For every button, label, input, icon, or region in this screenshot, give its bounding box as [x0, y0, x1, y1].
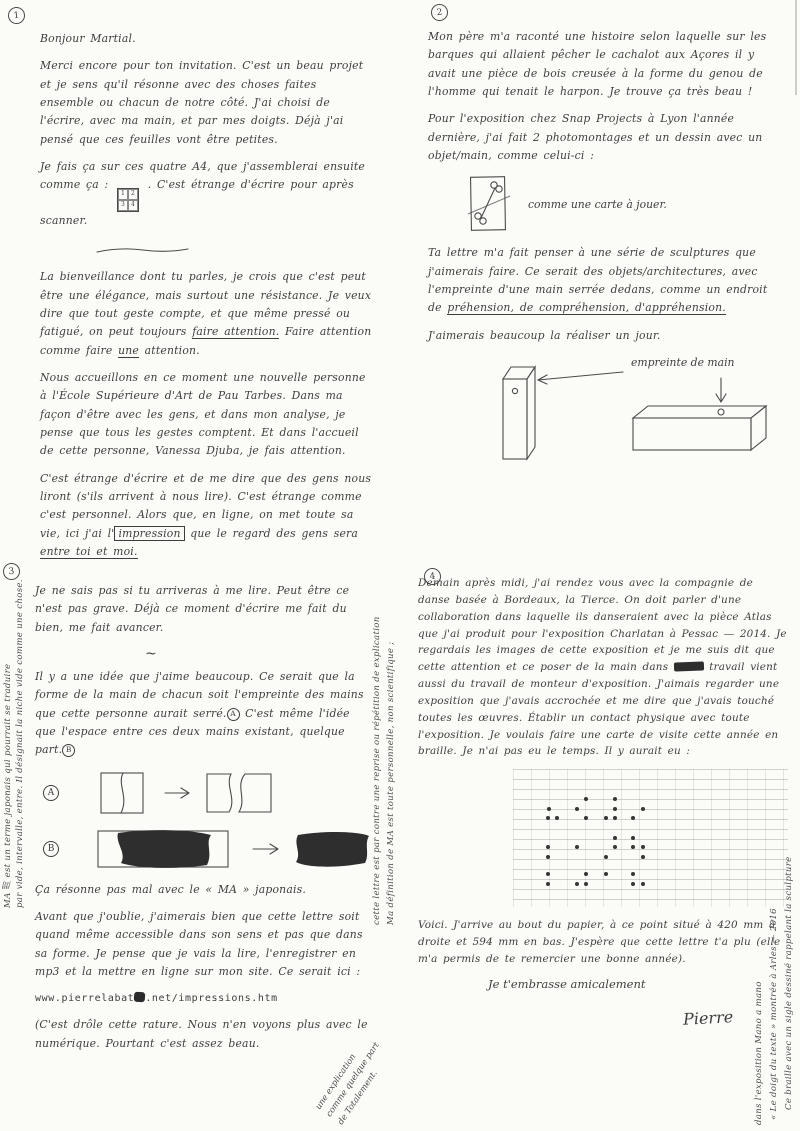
greeting: Bonjour Martial.	[40, 30, 372, 48]
scanned-letter: { "scan": { "ink_color": "#3e3e3e", "pap…	[0, 0, 800, 1131]
reference-a-inline: A	[227, 708, 240, 721]
margin-note-braille-2: « Le doigt du texte » montrée à Arles — …	[769, 835, 779, 1120]
bone-card-sketch	[468, 174, 510, 234]
diagram-b-label: B	[43, 841, 59, 857]
grid-cell: 4	[128, 200, 138, 211]
margin-note-left-1: MA 間 est un terme japonais qui pourrait …	[2, 618, 14, 908]
underlined-text: préhension, de compréhension, d'appréhen…	[447, 301, 726, 315]
ink-blot-rature	[134, 992, 146, 1003]
paragraph: C'est étrange d'écrire et de me dire que…	[40, 470, 372, 562]
text-run: attention.	[139, 344, 200, 357]
url-part: .net/impressions.htm	[145, 993, 277, 1004]
crossed-out-word	[674, 662, 704, 672]
paragraph: Il y a une idée que j'aime beaucoup. Ce …	[35, 668, 375, 760]
paragraph: J'aimerais beaucoup la réaliser un jour.	[428, 327, 778, 345]
letter-page-4: Demain après midi, j'ai rendez vous avec…	[418, 575, 790, 1042]
margin-note-braille-3: dans l'exposition Mano a mano	[754, 950, 764, 1125]
page1-number-badge: 1	[7, 6, 26, 25]
boxed-word: impression	[114, 526, 184, 541]
website-url: www.pierrelabat.net/impressions.htm	[35, 990, 375, 1007]
paragraph: Pour l'exposition chez Snap Projects à L…	[428, 110, 778, 165]
paragraph: Ta lettre m'a fait penser à une série de…	[428, 244, 778, 317]
a4-assembly-sketch: 1 2 3 4	[117, 188, 139, 212]
paragraph: Je fais ça sur ces quatre A4, que j'asse…	[40, 158, 372, 230]
diagram-b-row: B	[43, 827, 375, 871]
margin-note-braille-1: Ce braille avec un sigle dessiné rappela…	[784, 690, 794, 1110]
diagram-a-row: A	[43, 769, 375, 817]
page2-number-badge: 2	[430, 3, 449, 22]
bone-card-figure: comme une carte à jouer.	[468, 174, 778, 234]
paragraph: Demain après midi, j'ai rendez vous avec…	[418, 575, 790, 760]
hand-imprint-blocks-figure: empreinte de main	[483, 354, 778, 482]
grid-cell: 3	[118, 200, 128, 211]
underlined-text: une	[118, 344, 139, 358]
paragraph: La bienveillance dont tu parles, je croi…	[40, 268, 372, 360]
paragraph: Voici. J'arrive au bout du papier, à ce …	[418, 917, 790, 968]
grid-cell: 1	[118, 189, 128, 200]
margin-note-right-1: Ma définition de MA est toute personnell…	[386, 615, 396, 925]
underlined-text: faire attention.	[192, 325, 279, 339]
blocks-sketch	[483, 354, 783, 482]
scan-edge-artifact	[795, 0, 797, 95]
letter-page-2: Mon père m'a raconté une histoire selon …	[428, 28, 778, 482]
separator-squiggle	[95, 239, 372, 258]
tilde-separator: ~	[145, 646, 375, 662]
blocks-label: empreinte de main	[631, 356, 734, 369]
paragraph: Merci encore pour ton invitation. C'est …	[40, 57, 372, 149]
braille-dots	[535, 789, 697, 891]
url-part: www.pierrelabat	[35, 993, 134, 1004]
paragraph: Je ne sais pas si tu arriveras à me lire…	[35, 582, 375, 637]
diagram-a-sketch	[73, 769, 288, 817]
grid-cell: 2	[128, 189, 138, 200]
underlined-text: entre toi et moi.	[40, 545, 138, 559]
braille-ruled-paper	[513, 769, 788, 907]
paragraph: (C'est drôle cette rature. Nous n'en voy…	[35, 1016, 375, 1053]
paragraph: Avant que j'oublie, j'aimerais bien que …	[35, 908, 375, 981]
text-run: travail vient aussi du travail de monteu…	[418, 661, 779, 757]
paragraph: Ça résonne pas mal avec le « MA » japona…	[35, 881, 375, 899]
diagram-a-label: A	[43, 785, 59, 801]
bone-card-caption: comme une carte à jouer.	[528, 198, 667, 211]
letter-page-1: Bonjour Martial. Merci encore pour ton i…	[40, 30, 372, 571]
letter-page-3: Je ne sais pas si tu arriveras à me lire…	[35, 582, 375, 1062]
closing-line: Je t'embrasse amicalement	[488, 977, 790, 991]
paragraph: Nous accueillons en ce moment une nouvel…	[40, 369, 372, 461]
margin-note-right-2: cette lettre est par contre une reprise …	[372, 615, 382, 925]
reference-b-inline: B	[62, 744, 75, 757]
text-run: que le regard des gens sera	[185, 527, 358, 540]
diagram-b-sketch	[73, 827, 373, 871]
text-run: Demain après midi, j'ai rendez vous avec…	[418, 577, 787, 673]
paragraph: Mon père m'a raconté une histoire selon …	[428, 28, 778, 101]
margin-note-left-2: par vide, intervalle, entre. Il désignai…	[15, 618, 25, 908]
